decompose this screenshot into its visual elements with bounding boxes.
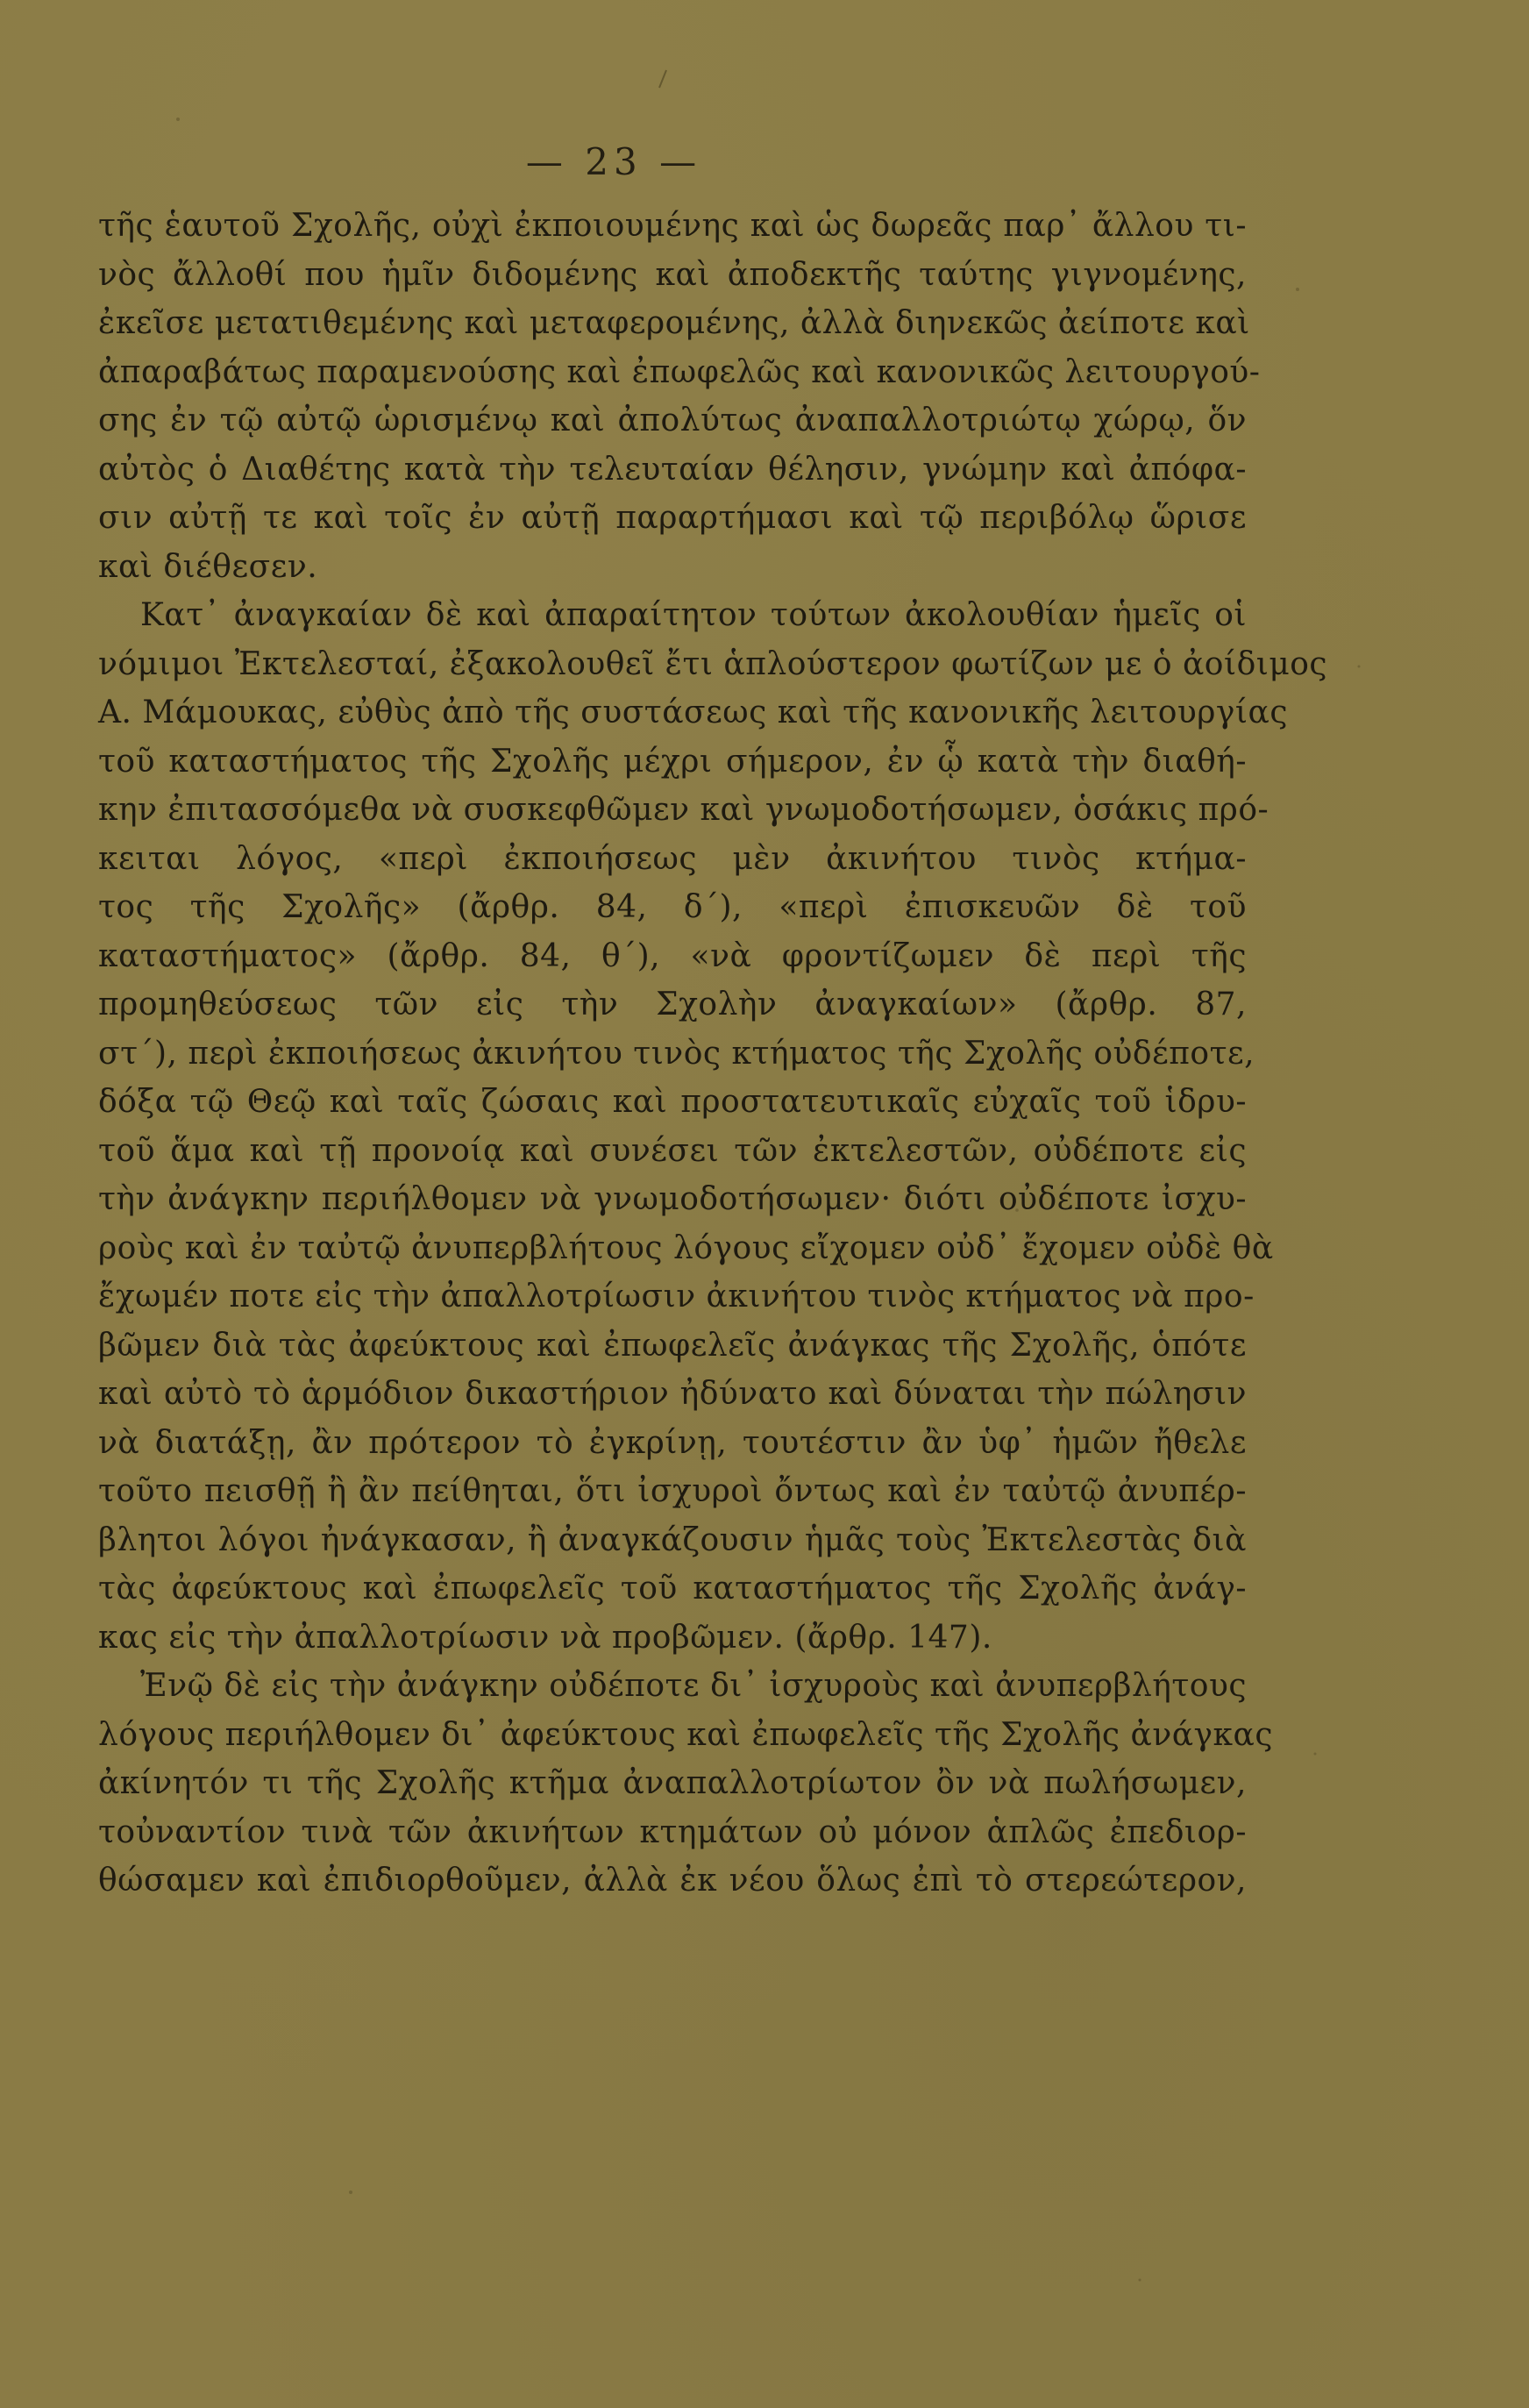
text-line: τὴν ἀνάγκην περιήλθομεν νὰ γνωμοδοτήσωμε…	[98, 1175, 1247, 1224]
text-line: ἐκεῖσε μετατιθεμένης καὶ μεταφερομένης, …	[98, 299, 1247, 348]
paragraph-3: Ἐνῷ δὲ εἰς τὴν ἀνάγκην οὐδέποτε δι᾽ ἰσχυ…	[98, 1662, 1247, 1906]
text-line: λόγους περιήλθομεν δι᾽ ἀφεύκτους καὶ ἐπω…	[98, 1711, 1247, 1760]
text-line: κας εἰς τὴν ἀπαλλοτρίωσιν νὰ προβῶμεν. (…	[98, 1614, 1247, 1663]
text-line: τοῦ ἅμα καὶ τῇ προνοίᾳ καὶ συνέσει τῶν ἐ…	[98, 1127, 1247, 1176]
text-line: καὶ αὐτὸ τὸ ἁρμόδιον δικαστήριον ἠδύνατο…	[98, 1370, 1247, 1419]
text-line: κειται λόγος, «περὶ ἐκποιήσεως μὲν ἀκινή…	[98, 835, 1247, 884]
text-line: καταστήματος» (ἄρθρ. 84, θ΄), «νὰ φροντί…	[98, 932, 1247, 981]
text-line: νόμιμοι Ἐκτελεσταί, ἐξακολουθεῖ ἔτι ἁπλο…	[98, 640, 1247, 689]
text-line: νὰ διατάξῃ, ἂν πρότερον τὸ ἐγκρίνῃ, τουτ…	[98, 1419, 1247, 1468]
text-line: τὰς ἀφεύκτους καὶ ἐπωφελεῖς τοῦ καταστήμ…	[98, 1564, 1247, 1614]
text-line: ἀπαραβάτως παραμενούσης καὶ ἐπωφελῶς καὶ…	[98, 348, 1247, 397]
text-line: τοῦτο πεισθῇ ἢ ἂν πείθηται, ὅτι ἰσχυροὶ …	[98, 1467, 1247, 1516]
text-line: Ἐνῷ δὲ εἰς τὴν ἀνάγκην οὐδέποτε δι᾽ ἰσχυ…	[98, 1662, 1247, 1711]
text-line: τοὐναντίον τινὰ τῶν ἀκινήτων κτημάτων οὐ…	[98, 1808, 1247, 1857]
text-line: τος τῆς Σχολῆς» (ἄρθρ. 84, δ΄), «περὶ ἐπ…	[98, 883, 1247, 932]
text-line: κην ἐπιτασσόμεθα νὰ συσκεφθῶμεν καὶ γνωμ…	[98, 786, 1247, 835]
text-line: ἔχωμέν ποτε εἰς τὴν ἀπαλλοτρίωσιν ἀκινήτ…	[98, 1272, 1247, 1322]
text-line: σης ἐν τῷ αὐτῷ ὡρισμένῳ καὶ ἀπολύτως ἀνα…	[98, 396, 1247, 445]
text-line: σιν αὐτῇ τε καὶ τοῖς ἐν αὐτῇ παραρτήμασι…	[98, 494, 1247, 543]
text-line: αὐτὸς ὁ Διαθέτης κατὰ τὴν τελευταίαν θέλ…	[98, 445, 1247, 495]
text-line: τῆς ἑαυτοῦ Σχολῆς, οὐχὶ ἐκποιουμένης καὶ…	[98, 202, 1247, 251]
text-line: βῶμεν διὰ τὰς ἀφεύκτους καὶ ἐπωφελεῖς ἀν…	[98, 1322, 1247, 1371]
text-line: δόξα τῷ Θεῷ καὶ ταῖς ζώσαις καὶ προστατε…	[98, 1078, 1247, 1127]
text-line: καὶ διέθεσεν.	[98, 543, 1247, 592]
text-line: νὸς ἄλλοθί που ἡμῖν διδομένης καὶ ἀποδεκ…	[98, 251, 1247, 300]
text-line: ροὺς καὶ ἐν ταὐτῷ ἀνυπερβλήτους λόγους ε…	[98, 1224, 1247, 1273]
scanned-page: — 23 — τῆς ἑαυτοῦ Σχολῆς, οὐχὶ ἐκποιουμέ…	[0, 0, 1529, 2408]
text-line: Α. Μάμουκας, εὐθὺς ἀπὸ τῆς συστάσεως καὶ…	[98, 688, 1247, 737]
body-text: τῆς ἑαυτοῦ Σχολῆς, οὐχὶ ἐκποιουμένης καὶ…	[98, 202, 1247, 1906]
paragraph-2: Κατ᾽ ἀναγκαίαν δὲ καὶ ἀπαραίτητον τούτων…	[98, 591, 1247, 1662]
page-number: — 23 —	[517, 140, 710, 183]
text-line: Κατ᾽ ἀναγκαίαν δὲ καὶ ἀπαραίτητον τούτων…	[98, 591, 1247, 640]
text-line: θώσαμεν καὶ ἐπιδιορθοῦμεν, ἀλλὰ ἐκ νέου …	[98, 1856, 1247, 1906]
text-line: στ΄), περὶ ἐκποιήσεως ἀκινήτου τινὸς κτή…	[98, 1029, 1247, 1079]
text-line: τοῦ καταστήματος τῆς Σχολῆς μέχρι σήμερο…	[98, 737, 1247, 787]
text-line: ἀκίνητόν τι τῆς Σχολῆς κτῆμα ἀναπαλλοτρί…	[98, 1759, 1247, 1808]
text-line: βλητοι λόγοι ἠνάγκασαν, ἢ ἀναγκάζουσιν ἡ…	[98, 1516, 1247, 1565]
text-line: προμηθεύσεως τῶν εἰς τὴν Σχολὴν ἀναγκαίω…	[98, 980, 1247, 1029]
paragraph-1: τῆς ἑαυτοῦ Σχολῆς, οὐχὶ ἐκποιουμένης καὶ…	[98, 202, 1247, 591]
